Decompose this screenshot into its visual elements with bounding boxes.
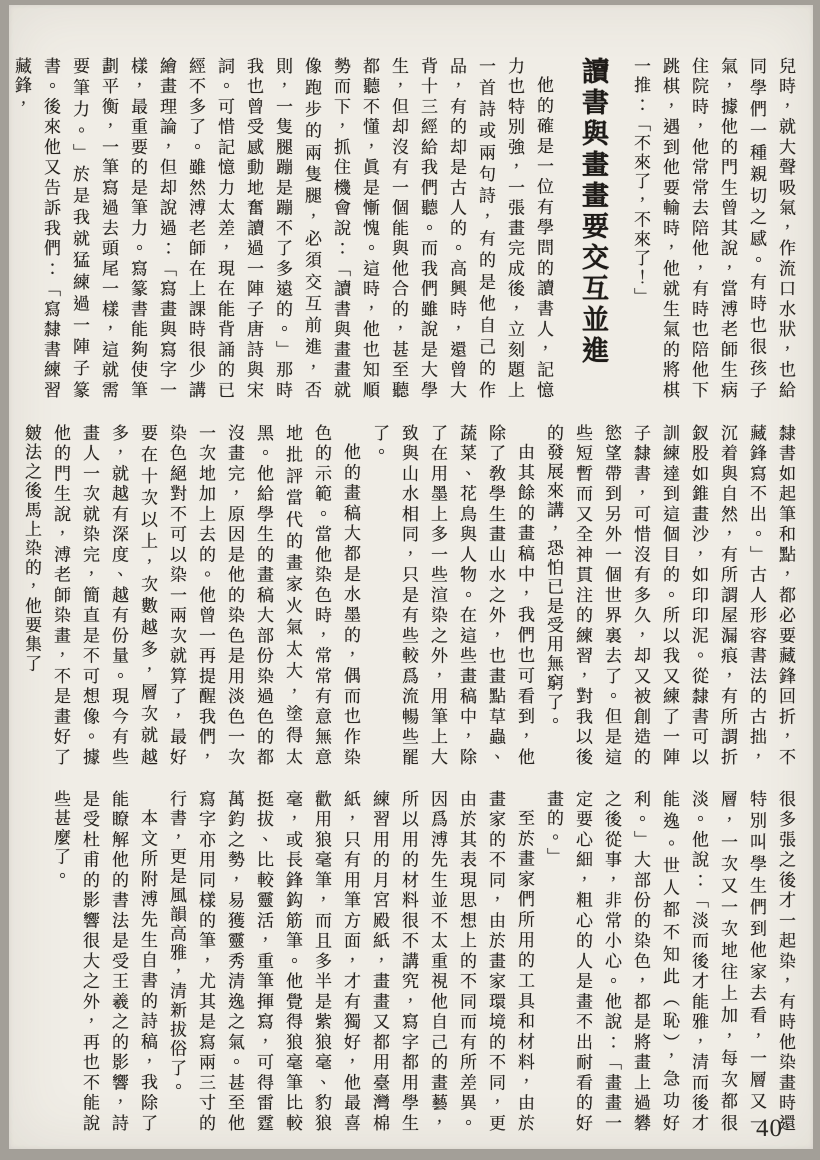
article-title: 讀書與畫畫要交互並進 [570,57,616,400]
paragraph: 他的畫稿大都是水墨的，偶而也作染色的示範。當他染色時，常常有意無意地批評當代的畫… [17,424,365,767]
paragraph: 至於畫家們所用的工具和材料，由於畫家的不同，由於畫家環境的不同，更由於其表現思想… [162,790,539,1133]
page-number: 40 [756,1115,783,1143]
paragraph: 本文所附溥先生自書的詩稿，我除了能瞭解他的書法是受王羲之的影響，詩是受杜甫的影響… [46,790,162,1133]
paragraph: 由其餘的畫稿中，我們也可看到，他除了敎學生畫山水之外，也畫點草蟲、蔬菜、花鳥與人… [365,424,539,767]
article-bottom-band: 很多張之後才一起染，有時他染畫時還特別叫學生們到他家去看，一層又一層，一次又一次… [64,790,800,1133]
paragraph: 他的確是一位有學問的讀書人，記憶力也特別強，一張畫完成後，立刻題上一首詩或兩句詩… [7,57,558,400]
scanned-magazine-page: 兒時，就大聲吸氣，作流口水狀，也給同學們一種親切之感。有時也很孩子氣，據他的門生… [9,5,813,1149]
paragraph-continued-from-previous-page: 兒時，就大聲吸氣，作流口水狀，也給同學們一種親切之感。有時也很孩子氣，據他的門生… [626,57,800,400]
article-top-band: 兒時，就大聲吸氣，作流口水狀，也給同學們一種親切之感。有時也很孩子氣，據他的門生… [64,57,800,400]
paragraph-continuation: 隸書如起筆和點，都必要藏鋒回折，不藏鋒寫不出。」古人形容書法的古拙，沉着與自然，… [539,424,800,767]
paragraph-continuation: 很多張之後才一起染，有時他染畫時還特別叫學生們到他家去看，一層又一層，一次又一次… [539,790,800,1133]
article-middle-band: 隸書如起筆和點，都必要藏鋒回折，不藏鋒寫不出。」古人形容書法的古拙，沉着與自然，… [64,424,800,767]
